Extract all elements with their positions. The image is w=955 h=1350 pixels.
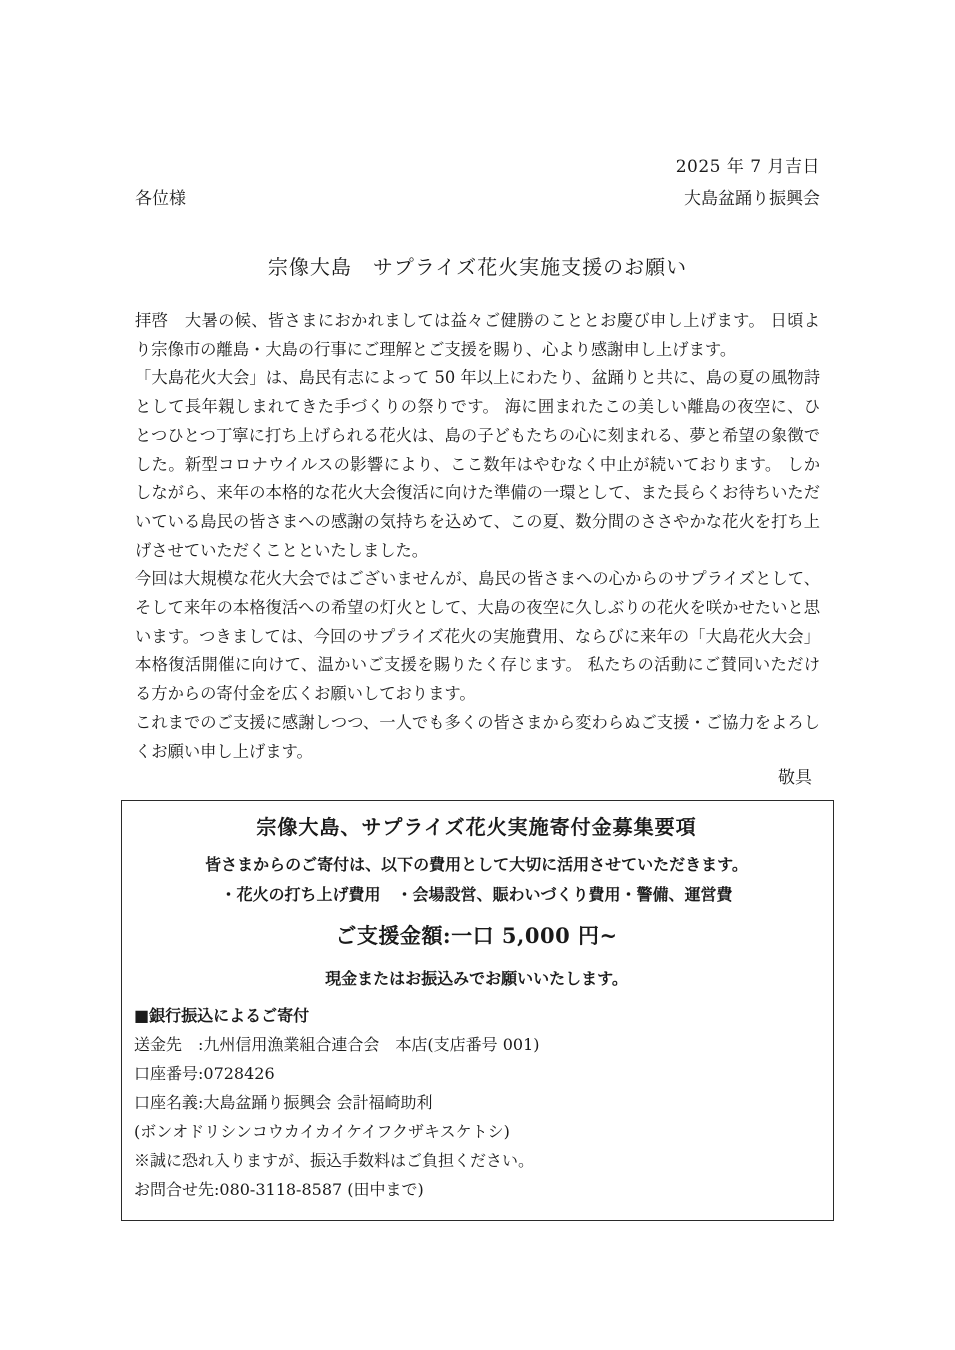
donation-usage-intro: 皆さまからのご寄付は、以下の費用として大切に活用させていただきます。 (134, 853, 819, 877)
document-title: 宗像大島 サプライズ花火実施支援のお願い (135, 253, 820, 281)
address-line: 各位様 大島盆踊り振興会 (135, 187, 820, 211)
donation-info-box: 宗像大島、サプライズ花火実施寄付金募集要項 皆さまからのご寄付は、以下の費用とし… (121, 800, 834, 1221)
bank-remittee: 送金先 :九州信用漁業組合連合会 本店(支店番号 001) (134, 1030, 819, 1059)
donation-amount: ご支援金額:一口 5,000 円~ (134, 921, 819, 951)
bank-account-holder: 口座名義:大島盆踊り振興会 会計福崎助利 (134, 1088, 819, 1117)
payment-method: 現金またはお振込みでお願いいたします。 (134, 967, 819, 991)
bank-transfer-header: ■銀行振込によるご寄付 (134, 1001, 819, 1030)
body-paragraph-request: 今回は大規模な花火大会ではございませんが、島民の皆さまへの心からのサプライズとし… (135, 565, 820, 709)
letter-body: 拝啓 大暑の候、皆さまにおかれましては益々ご健勝のこととお慶び申し上げます。 日… (135, 307, 820, 766)
date-line: 2025 年 7 月吉日 (135, 155, 820, 179)
donation-box-title: 宗像大島、サプライズ花火実施寄付金募集要項 (134, 813, 819, 841)
transfer-fee-note: ※誠に恐れ入りますが、振込手数料はご負担ください。 (134, 1146, 819, 1175)
body-paragraph-thanks: これまでのご支援に感謝しつつ、一人でも多くの皆さまから変わらぬご支援・ご協力をよ… (135, 709, 820, 766)
donation-usage-items: ・花火の打ち上げ費用 ・会場設営、賑わいづくり費用・警備、運営費 (134, 883, 819, 907)
closing-word: 敬具 (135, 766, 820, 790)
body-paragraph-greeting: 拝啓 大暑の候、皆さまにおかれましては益々ご健勝のこととお慶び申し上げます。 日… (135, 307, 820, 364)
contact-phone: お問合せ先:080-3118-8587 (田中まで) (134, 1175, 819, 1204)
bank-account-number: 口座番号:0728426 (134, 1059, 819, 1088)
sender-organization: 大島盆踊り振興会 (684, 187, 820, 211)
bank-account-holder-kana: (ボンオドリシンコウカイカイケイフクザキスケトシ) (134, 1117, 819, 1146)
recipient-label: 各位様 (135, 187, 186, 211)
body-paragraph-history: 「大島花火大会」は、島民有志によって 50 年以上にわたり、盆踊りと共に、島の夏… (135, 364, 820, 565)
letter-page: 2025 年 7 月吉日 各位様 大島盆踊り振興会 宗像大島 サプライズ花火実施… (0, 0, 955, 1350)
